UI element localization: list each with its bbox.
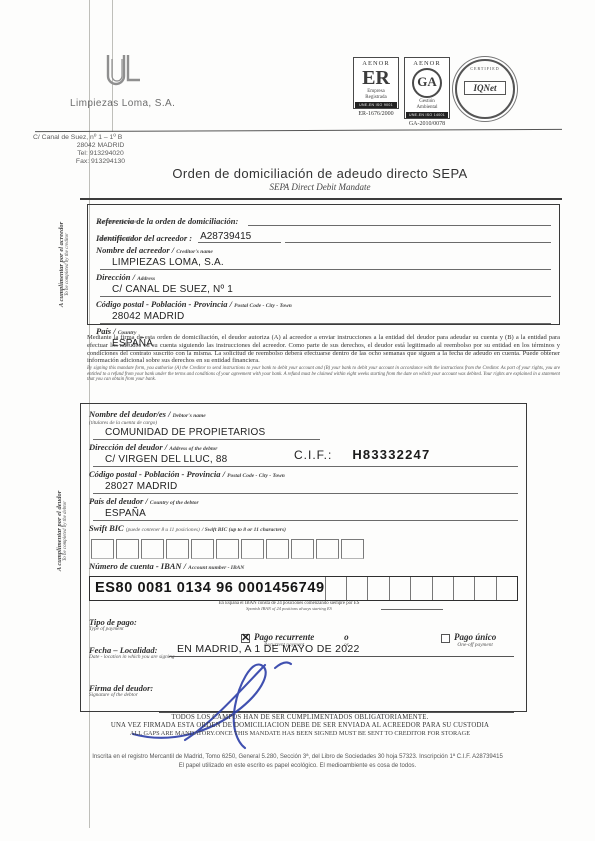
swift-bic-cell — [216, 539, 239, 559]
debtor-postal-field: Código postal - Población - Provincia / … — [89, 470, 518, 494]
side-label-es: A cumplimentar por el acreedor — [58, 204, 65, 325]
swift-bic-cell — [141, 539, 164, 559]
iban-cell — [453, 577, 474, 600]
badge-caption: Ambiental — [406, 105, 448, 111]
certification-badges: AENOR ER Empresa Registrada UNE-EN ISO 9… — [353, 57, 515, 127]
iban-field: Número de cuenta - IBAN / Account number… — [89, 562, 518, 614]
badge-code: GA-2010/0078 — [404, 121, 450, 127]
creditor-postal-field: Código postal - Población - Provincia / … — [96, 300, 551, 324]
field-label: País del deudor / — [89, 496, 148, 506]
company-address-block: C/ Canal de Suez, nº 1 – 1º B 28042 MADR… — [33, 134, 168, 166]
option-label: Pago único — [454, 632, 496, 642]
iban-cell — [496, 577, 517, 600]
field-sublabel: Country of the debtor — [150, 500, 199, 506]
footer-line: Inscrita en el registro Mercantil de Mad… — [10, 753, 585, 762]
payment-type-field: Tipo de pago: Type of payment ✕ Pago rec… — [89, 618, 518, 644]
field-label: Código postal - Población - Provincia / — [96, 299, 232, 309]
cif-field: C.I.F.: H83332247 — [294, 447, 430, 462]
address-line: C/ Canal de Suez, nº 1 – 1º B — [33, 134, 168, 142]
badge-iso-bar: UNE-EN ISO 9001 — [355, 102, 397, 108]
field-sublabel: Creditor's name — [176, 249, 213, 255]
document-subtitle: SEPA Direct Debit Mandate — [0, 182, 595, 192]
field-sublabel: Account number - IBAN — [188, 565, 244, 571]
side-label-en: To be completed by the debtor — [63, 440, 69, 622]
field-sublabel: Creditor identifier — [97, 237, 136, 243]
iqnet-seal-icon: CERTIFIED IQNet — [455, 59, 515, 119]
debtor-address-field: Dirección del deudor / Address of the de… — [89, 443, 518, 467]
field-label: Número de cuenta - IBAN / — [89, 561, 186, 571]
document-title: Orden de domiciliación de adeudo directo… — [0, 166, 595, 181]
field-label: Tipo de pago: — [89, 618, 518, 627]
company-name: Limpiezas Loma, S.A. — [70, 98, 175, 109]
notice-line: TODOS LOS CAMPOS HAN DE SER CUMPLIMENTAD… — [20, 714, 580, 722]
field-value: C/ CANAL DE SUEZ, Nº 1 — [100, 284, 551, 297]
cif-value: H83332247 — [352, 447, 430, 462]
option-label: Pago recurrente — [254, 632, 314, 642]
aenor-er-badge: AENOR ER Empresa Registrada UNE-EN ISO 9… — [353, 57, 399, 117]
side-label-es: A cumplimentar por el deudor — [56, 440, 63, 622]
legal-text-english: By signing this mandate form, you author… — [87, 366, 560, 383]
aenor-er-icon: ER — [355, 67, 397, 89]
swift-bic-cell — [166, 539, 189, 559]
swift-bic-cell — [241, 539, 264, 559]
badge-iso-bar: UNE-EN ISO 14001 — [406, 112, 448, 118]
oneoff-checkbox — [441, 634, 450, 643]
iban-cell — [474, 577, 495, 600]
company-logo-monogram-icon — [97, 50, 145, 96]
field-sublabel: Address — [137, 276, 155, 282]
badge-caption: Registrada — [355, 95, 397, 101]
debtor-country-field: País del deudor / Country of the debtor … — [89, 497, 518, 521]
field-label: Swift BIC — [89, 523, 124, 533]
iban-cell — [325, 577, 346, 600]
field-label: Código postal - Población - Provincia / — [89, 469, 225, 479]
field-sublabel: Postal Code - City - Town — [234, 303, 292, 309]
iban-cell — [367, 577, 388, 600]
debtor-section: Nombre del deudor/es / Debtor's name (ti… — [80, 403, 527, 712]
mandate-reference-field: Referencia de la orden de domiciliación:… — [96, 209, 551, 226]
field-note: (puede contener 8 u 11 posiciones) — [126, 527, 200, 533]
field-value: 28027 MADRID — [93, 481, 518, 494]
or-es: o — [344, 632, 349, 642]
swift-bic-cell — [316, 539, 339, 559]
swift-bic-cell — [341, 539, 364, 559]
field-value: LIMPIEZAS LOMA, S.A. — [100, 257, 551, 270]
field-sublabel: Debtor's name — [173, 413, 206, 419]
aenor-brand-text: AENOR — [406, 60, 448, 67]
legal-text-spanish: Mediante la firma de esta orden de domic… — [87, 334, 560, 365]
field-sublabel: / Swift BIC (up to 8 or 11 characters) — [202, 527, 286, 533]
iqnet-arc-text: CERTIFIED — [457, 66, 513, 71]
aenor-brand-text: AENOR — [355, 60, 397, 67]
field-sublabel: Address of the debtor — [169, 446, 217, 452]
creditor-side-label: A cumplimentar por el acreedor To be com… — [58, 204, 71, 325]
iban-caption-es: En España el IBAN consta de 24 posicione… — [144, 601, 434, 606]
iban-cell — [410, 577, 431, 600]
swift-bic-field: Swift BIC (puede contener 8 u 11 posicio… — [89, 524, 518, 559]
field-label: Nombre del deudor/es / — [89, 409, 170, 419]
iqnet-badge: CERTIFIED IQNet — [455, 57, 515, 119]
badge-code: ER-1676/2000 — [353, 111, 399, 117]
notice-line: UNA VEZ FIRMADA ESTA ORDEN DE DOMICILIAC… — [20, 722, 580, 730]
mandatory-notice-block: TODOS LOS CAMPOS HAN DE SER CUMPLIMENTAD… — [20, 714, 580, 738]
iqnet-label: IQNet — [464, 81, 506, 95]
side-label-en: To be completed by the creditor — [65, 204, 71, 325]
swift-bic-cell — [266, 539, 289, 559]
swift-bic-cells — [91, 539, 518, 559]
debtor-side-label: A cumplimentar por el deudor To be compl… — [56, 440, 69, 622]
iban-value-row: ES80 0081 0134 96 0001456749 — [89, 576, 518, 601]
iban-value: ES80 0081 0134 96 0001456749 — [90, 580, 325, 596]
swift-bic-cell — [291, 539, 314, 559]
iban-caption: En España el IBAN consta de 24 posicione… — [89, 601, 518, 614]
field-label: Dirección del deudor / — [89, 442, 167, 452]
field-value: A28739415 — [198, 231, 281, 243]
swift-bic-cell — [116, 539, 139, 559]
registry-footer: Inscrita en el registro Mercantil de Mad… — [10, 753, 585, 770]
field-value: COMUNIDAD DE PROPIETARIOS — [93, 427, 320, 440]
field-sublabel: Mandate reference — [97, 220, 137, 226]
title-rule — [80, 198, 562, 200]
address-line: Tel: 913294020 — [33, 150, 168, 158]
caption-underline — [381, 609, 443, 610]
field-value: ESPAÑA — [93, 508, 518, 521]
swift-bic-cell — [191, 539, 214, 559]
field-label: Dirección / — [96, 272, 135, 282]
creditor-section: Referencia de la orden de domiciliación:… — [87, 204, 560, 325]
address-line: 28042 MADRID — [33, 142, 168, 150]
field-sublabel: Postal Code - City - Town — [227, 473, 285, 479]
address-line: Fax: 913294130 — [33, 158, 168, 166]
footer-line: El papel utilizado en este escrito es pa… — [10, 762, 585, 771]
debtor-name-field: Nombre del deudor/es / Debtor's name (ti… — [89, 410, 518, 440]
creditor-address-field: Dirección / Address C/ CANAL DE SUEZ, Nº… — [96, 273, 551, 297]
blank-underline — [248, 214, 551, 226]
blank-underline — [285, 231, 551, 243]
swift-bic-cell — [91, 539, 114, 559]
notice-line: ALL GAPS ARE MANDATORY.ONCE THIS MANDATE… — [20, 730, 580, 738]
field-label: Nombre del acreedor / — [96, 245, 174, 255]
creditor-name-field: Nombre del acreedor / Creditor's name LI… — [96, 246, 551, 270]
creditor-identifier-field: Identificador del acreedor : Creditor id… — [96, 226, 551, 243]
legal-text-block: Mediante la firma de esta orden de domic… — [87, 334, 560, 383]
sepa-mandate-document: Limpiezas Loma, S.A. C/ Canal de Suez, n… — [0, 0, 595, 841]
iban-cell — [389, 577, 410, 600]
cif-label: C.I.F.: — [294, 448, 332, 462]
aenor-ga-icon: GA — [412, 68, 442, 98]
field-value: 28042 MADRID — [100, 311, 551, 324]
header-rule — [35, 129, 562, 132]
aenor-ga-badge: AENOR GA Gestión Ambiental UNE-EN ISO 14… — [404, 57, 450, 127]
iban-cell — [346, 577, 367, 600]
iban-cell — [432, 577, 453, 600]
